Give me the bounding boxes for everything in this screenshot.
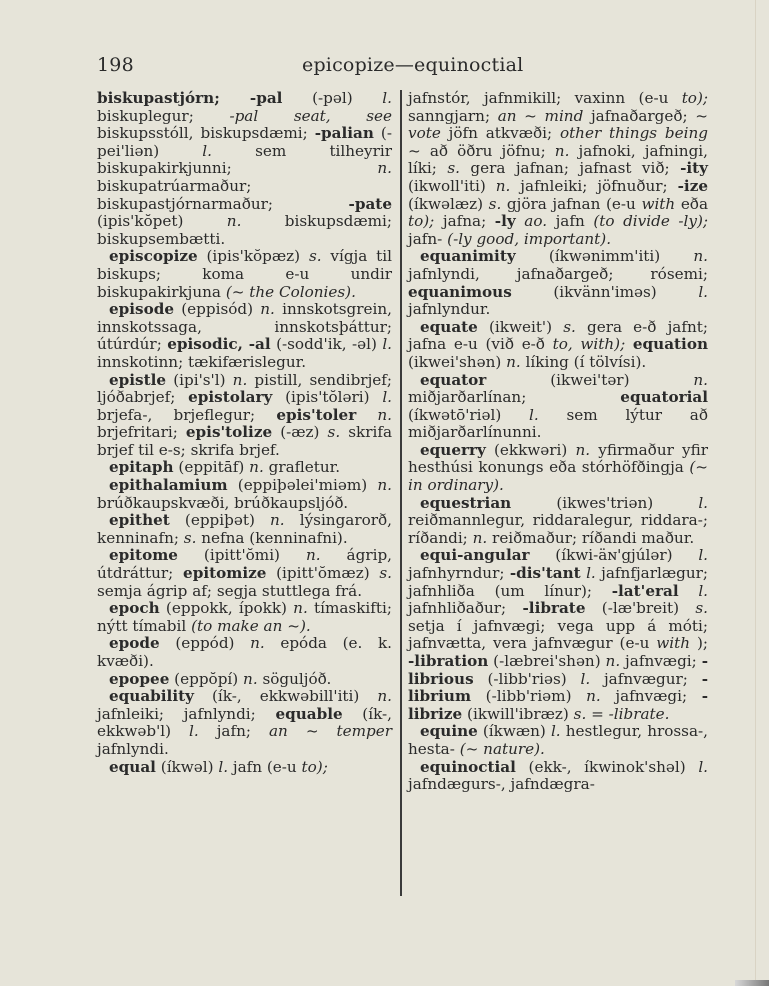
dictionary-entry: epitome (ipitt'ŏmi) n. ágrip, útdráttur;… [97,547,392,600]
dictionary-entry: episcopize (ipis'kŏpæz) s. vígja til bis… [97,248,392,301]
dictionary-entry: epithalamium (eppiþəlei'miəm) n. brúðkau… [97,477,392,512]
dictionary-entry: epoch (eppokk, ípokk) n. tímaskifti; nýt… [97,600,392,635]
dictionary-entry: equanimity (íkwənimm'iti) n. jafnlyndi, … [408,248,708,318]
dictionary-entry: equestrian (ikwes'triən) l. reiðmannlegu… [408,495,708,548]
dictionary-entry: equate (ikweit') s. gera e-ð jafnt; jafn… [408,319,708,372]
dictionary-entry: epistle (ipi's'l) n. pistill, sendibrjef… [97,372,392,460]
dictionary-entry: equerry (ekkwəri) n. yfirmaður yfir hest… [408,442,708,495]
dictionary-entry: episode (eppisód) n. innskotsgrein, inns… [97,301,392,371]
dictionary-entry: epopee (eppŏpí) n. söguljóð. [97,671,392,689]
dictionary-entry: equine (íkwæn) l. hestlegur, hrossa-, he… [408,723,708,758]
dictionary-entry: equal (íkwəl) l. jafn (e-u to); [97,759,392,777]
dictionary-entry: epode (eppód) n. epóda (e. k. kvæði). [97,635,392,670]
page-edge-line [755,0,756,986]
dictionary-entry: epitaph (eppitāf) n. grafletur. [97,459,392,477]
dictionary-entry: jafnstór, jafnmikill; vaxinn (e-u to); s… [408,90,708,248]
running-head: epicopize—equinoctial [302,54,523,76]
page-header: 198 epicopize—equinoctial [97,54,697,80]
dictionary-entry: equability (ík-, ekkwəbill'iti) n. jafnl… [97,688,392,758]
column-divider [400,90,402,896]
dictionary-entry: equinoctial (ekk-, íkwinok'shəl) l. jafn… [408,759,708,794]
page-corner-shadow [735,980,769,986]
dictionary-entry: epithet (eppiþət) n. lýsingarorð, kennin… [97,512,392,547]
right-column: jafnstór, jafnmikill; vaxinn (e-u to); s… [408,90,708,794]
dictionary-entry: equi-angular (íkwi-äɴ'gjúlər) l. jafnhyr… [408,547,708,723]
page-number: 198 [97,54,134,76]
dictionary-entry: biskupastjórn; -pal (-pəl) l. biskuplegu… [97,90,392,248]
dictionary-entry: equator (ikwei'tər) n. miðjarðarlínan; e… [408,372,708,442]
left-column: biskupastjórn; -pal (-pəl) l. biskuplegu… [97,90,392,776]
